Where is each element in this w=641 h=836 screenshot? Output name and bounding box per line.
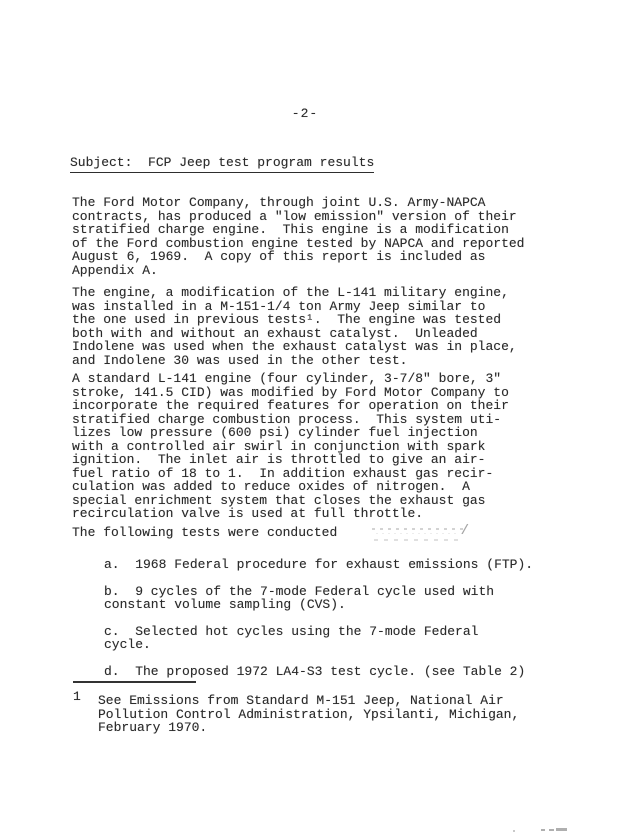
footnote-separator [73,681,196,683]
paragraph-engine-specs: A standard L-141 engine (four cylinder, … [72,372,509,521]
paragraph-engine-install: The engine, a modification of the L-141 … [72,286,517,367]
tests-intro-line: The following tests were conducted [72,526,337,540]
erased-slash-mark: / [461,525,469,539]
scan-artifact-dash [541,829,545,831]
subject-line: Subject: FCP Jeep test program results [70,156,374,170]
test-item-c: c. Selected hot cycles using the 7-mode … [104,625,533,652]
document-page: -2- Subject: FCP Jeep test program resul… [0,0,641,836]
footnote-text: See Emissions from Standard M-151 Jeep, … [98,694,519,735]
scan-artifact-dash [549,829,554,831]
test-item-d: d. The proposed 1972 LA4-S3 test cycle. … [104,665,533,679]
test-list: a. 1968 Federal procedure for exhaust em… [104,558,533,691]
paragraph-ford-intro: The Ford Motor Company, through joint U.… [72,196,524,277]
scan-artifact-dot [513,830,515,832]
erased-text-smudge: / [372,527,466,542]
scan-artifact-dash [556,828,567,831]
test-item-b: b. 9 cycles of the 7-mode Federal cycle … [104,585,533,612]
page-number: -2- [0,107,610,121]
subject-text: Subject: FCP Jeep test program results [70,155,374,173]
footnote: 1 See Emissions from Standard M-151 Jeep… [73,694,519,735]
footnote-marker: 1 [73,690,98,704]
test-item-a: a. 1968 Federal procedure for exhaust em… [104,558,533,572]
